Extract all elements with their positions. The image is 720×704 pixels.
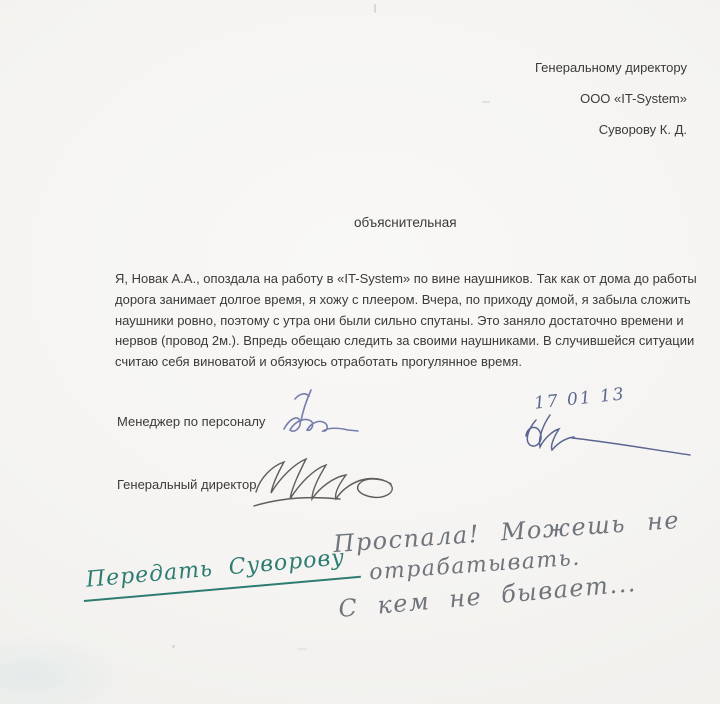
scan-speck	[374, 4, 376, 13]
body-line: наушники ровно, поэтому с утра они были …	[115, 311, 680, 332]
body-line: дорога занимает долгое время, я хожу с п…	[115, 290, 680, 311]
body-paragraph: Я, Новак А.А., опоздала на работу в «IT-…	[115, 269, 680, 373]
scan-speck	[482, 101, 490, 103]
body-line: считаю себя виноватой и обязуюсь отработ…	[115, 352, 680, 373]
scan-speck	[297, 648, 307, 650]
body-line: Я, Новак А.А., опоздала на работу в «IT-…	[115, 269, 680, 290]
scanned-letter: Генеральному директору ООО «IT-System» С…	[0, 0, 720, 704]
document-title: объяснительная	[354, 215, 457, 230]
director-signature	[248, 450, 398, 512]
role-general-director: Генеральный директор	[117, 477, 256, 492]
recipient-line-position: Генеральному директору	[535, 59, 687, 77]
scan-speck	[172, 645, 175, 648]
body-line: нервов (провод 2м.). Впредь обещаю следи…	[115, 331, 680, 352]
date-scribble-signature	[514, 410, 696, 458]
recipient-line-name: Суворову К. Д.	[535, 121, 687, 139]
hr-manager-signature	[274, 388, 360, 440]
recipient-line-company: ООО «IT-System»	[535, 90, 687, 108]
recipient-block: Генеральному директору ООО «IT-System» С…	[535, 59, 687, 152]
forwarding-note: Передать Суворову	[81, 544, 361, 602]
role-hr-manager: Менеджер по персоналу	[117, 414, 265, 429]
